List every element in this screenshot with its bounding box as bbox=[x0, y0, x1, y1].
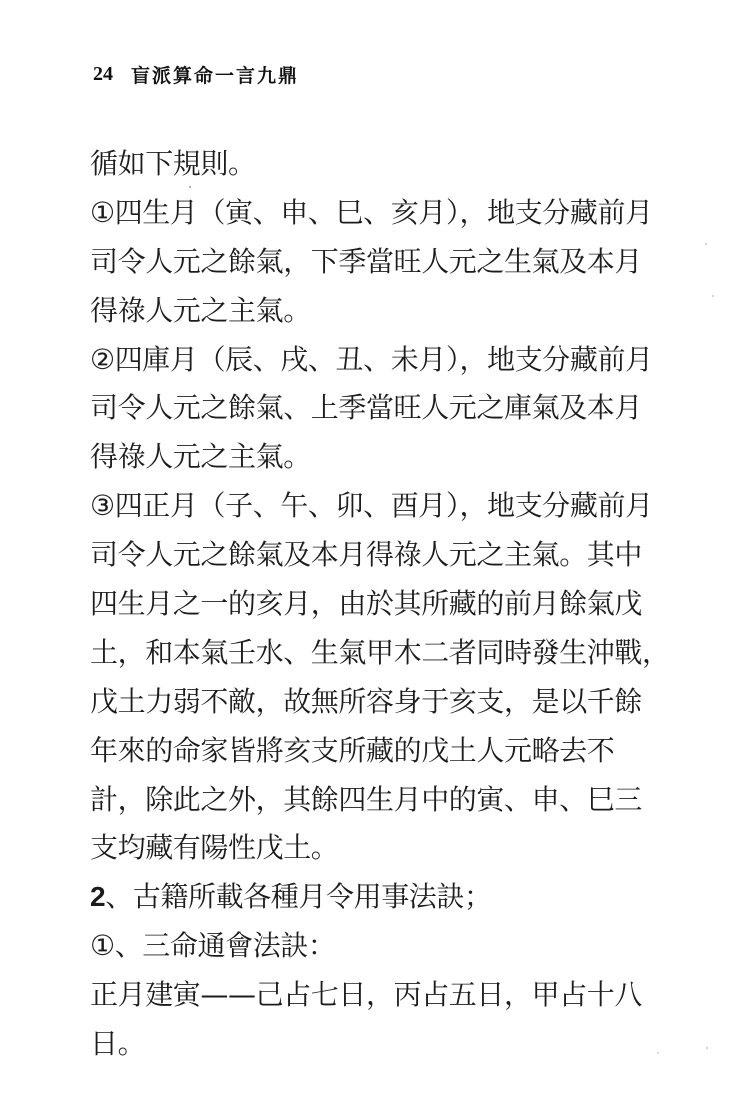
section-number: 2 bbox=[90, 881, 105, 912]
text-line: 計，除此之外，其餘四生月中的寅、申、巳三 bbox=[90, 776, 690, 825]
page-header: 24 盲派算命一言九鼎 bbox=[93, 60, 299, 88]
text-line: 司令人元之餘氣、上季當旺人元之庫氣及本月 bbox=[90, 384, 690, 433]
text-line: 得祿人元之主氣。 bbox=[90, 433, 690, 482]
text-line: ③四正月（子、午、卯、酉月），地支分藏前月 bbox=[90, 482, 690, 531]
scan-speck bbox=[189, 186, 191, 188]
text-line: 司令人元之餘氣及本月得祿人元之主氣。其中 bbox=[90, 531, 690, 580]
book-title: 盲派算命一言九鼎 bbox=[131, 61, 299, 88]
text-line: 日。 bbox=[90, 1020, 690, 1069]
scan-speck bbox=[705, 243, 707, 245]
section-heading-text: 、古籍所載各種月令用事法訣； bbox=[105, 880, 491, 913]
text-line: 支均藏有陽性戊土。 bbox=[90, 824, 690, 873]
text-line: 年來的命家皆將亥支所藏的戊土人元略去不 bbox=[90, 727, 690, 776]
text-line: 四生月之一的亥月，由於其所藏的前月餘氣戊 bbox=[90, 580, 690, 629]
text-line: ②四庫月（辰、戌、丑、未月），地支分藏前月 bbox=[90, 336, 690, 385]
scan-speck bbox=[712, 295, 714, 297]
text-line: 循如下規則。 bbox=[90, 140, 690, 189]
body-text: 循如下規則。 ①四生月（寅、申、巳、亥月），地支分藏前月 司令人元之餘氣，下季當… bbox=[90, 140, 690, 1069]
scan-speck bbox=[706, 1047, 708, 1049]
text-line: ①四生月（寅、申、巳、亥月），地支分藏前月 bbox=[90, 189, 690, 238]
text-line: 司令人元之餘氣，下季當旺人元之生氣及本月 bbox=[90, 238, 690, 287]
section-heading: 2、古籍所載各種月令用事法訣； bbox=[90, 873, 690, 922]
text-line: 土，和本氣壬水、生氣甲木二者同時發生沖戰， bbox=[90, 629, 690, 678]
text-line: 正月建寅——己占七日，丙占五日，甲占十八 bbox=[90, 971, 690, 1020]
subsection-heading: ①、三命通會法訣： bbox=[90, 922, 690, 971]
text-line: 得祿人元之主氣。 bbox=[90, 287, 690, 336]
page-number: 24 bbox=[93, 63, 113, 86]
scan-speck bbox=[657, 1052, 659, 1054]
text-line: 戊土力弱不敵，故無所容身于亥支，是以千餘 bbox=[90, 678, 690, 727]
